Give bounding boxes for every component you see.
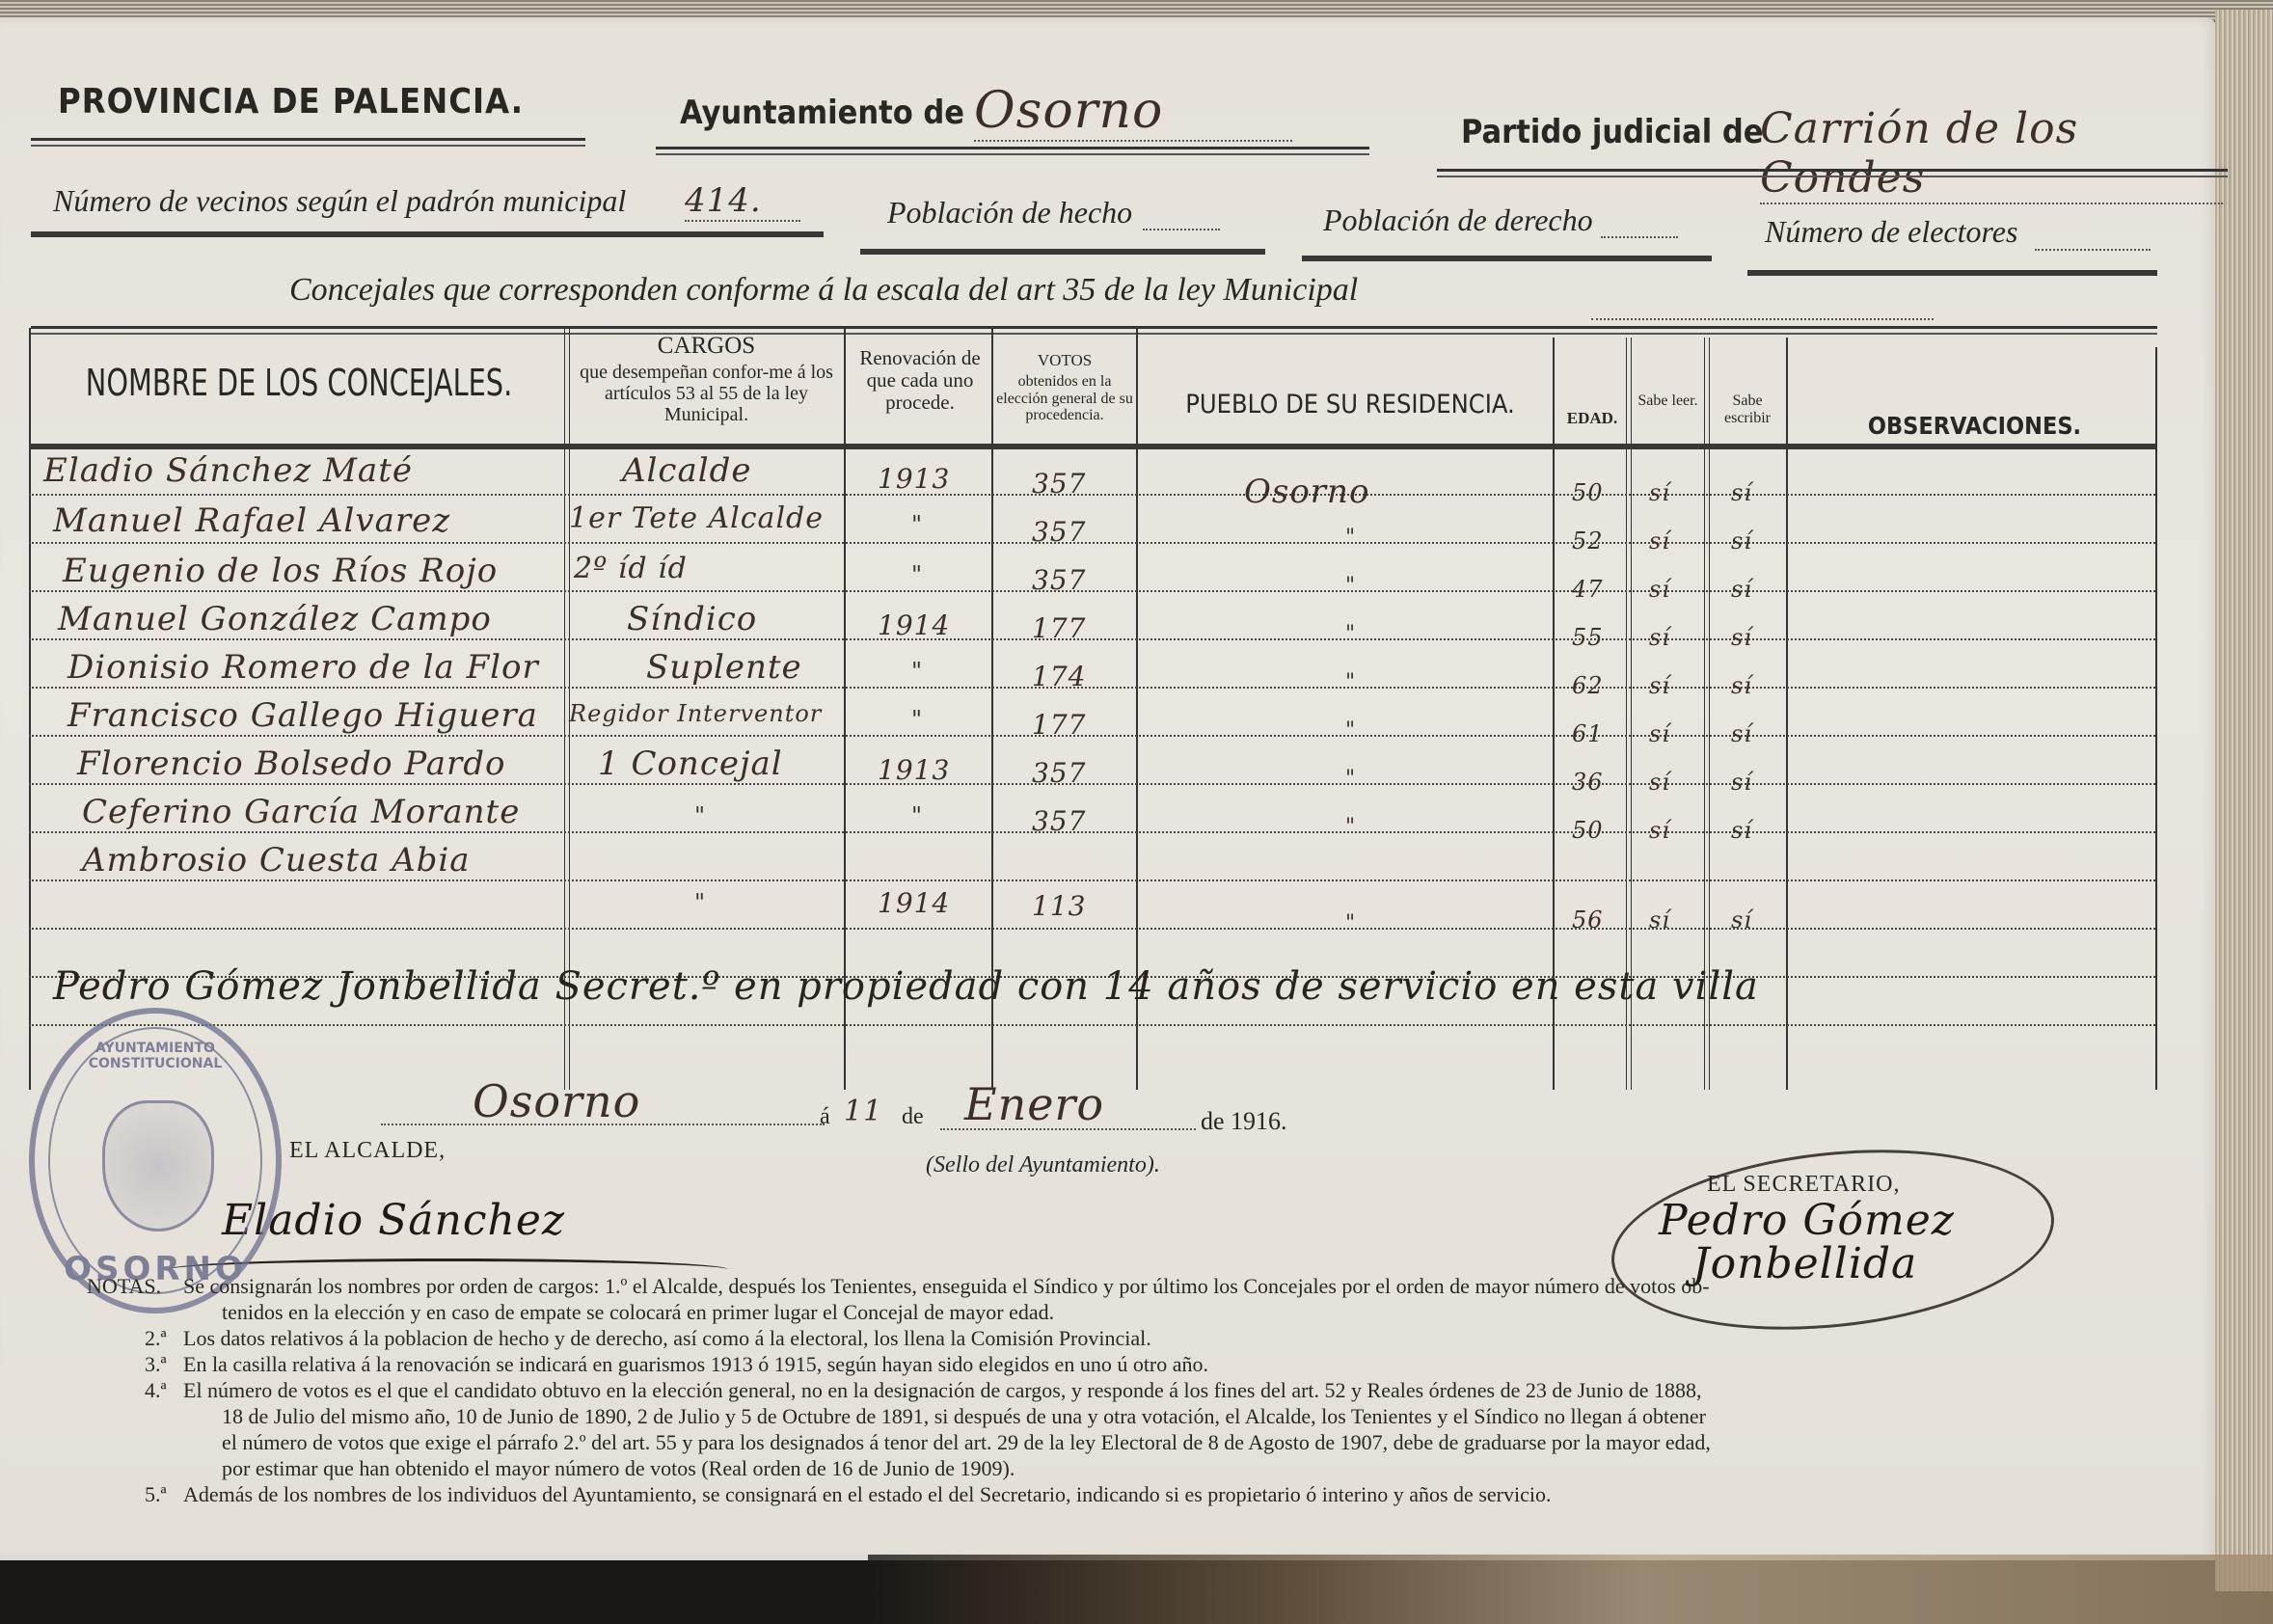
row-escribir: sí — [1731, 576, 1752, 603]
row-nombre: Ceferino García Morante — [82, 793, 520, 831]
secretary-note: Pedro Gómez Jonbellida Secret.º en propi… — [53, 964, 1759, 1009]
row-cargo: " — [694, 889, 706, 916]
row-escribir: sí — [1731, 672, 1752, 699]
header-votos-title: VOTOS — [993, 352, 1136, 370]
row-edad: 61 — [1572, 720, 1604, 747]
row-nombre: Dionisio Romero de la Flor — [68, 648, 539, 687]
row-divider — [29, 831, 2155, 833]
row-leer: sí — [1649, 720, 1670, 747]
note-item: 3.ªEn la casilla relativa á la renovació… — [145, 1351, 2170, 1377]
row-pueblo: " — [1345, 767, 1356, 791]
note-item: 1.ªSe consignarán los nombres por orden … — [145, 1273, 2170, 1299]
row-edad: 36 — [1572, 769, 1604, 796]
header-pueblo: PUEBLO DE SU RESIDENCIA. — [1148, 391, 1553, 420]
row-votos: 357 — [1032, 468, 1086, 500]
row-nombre: Eugenio de los Ríos Rojo — [63, 552, 498, 590]
row-leer: sí — [1649, 817, 1670, 844]
row-divider — [29, 880, 2155, 881]
header-sabe-leer: Sabe leer. — [1632, 392, 1704, 410]
row-pueblo: " — [1345, 622, 1356, 646]
row-escribir: sí — [1731, 624, 1752, 651]
row-cargo: Alcalde — [622, 451, 752, 490]
row-renovacion: " — [911, 706, 923, 733]
row-divider — [29, 638, 2155, 640]
note-line: por estimar que han obtenido el mayor nú… — [145, 1455, 2170, 1481]
note-line: El número de votos es el que el candidat… — [183, 1378, 1702, 1402]
note-number: 3.ª — [145, 1351, 183, 1377]
row-pueblo: " — [1345, 526, 1356, 550]
row-renovacion: 1914 — [878, 887, 950, 919]
ayuntamiento-label: Ayuntamiento de — [680, 94, 964, 132]
header-renovacion: Renovación de que cada uno procede. — [849, 347, 991, 414]
row-escribir: sí — [1731, 720, 1752, 747]
header-bottom-border — [29, 444, 2155, 449]
row-votos: 177 — [1032, 612, 1086, 644]
row-cargo: 1 Concejal — [598, 744, 783, 783]
province-title: PROVINCIA DE PALENCIA. — [58, 82, 524, 122]
row-divider — [29, 1024, 2155, 1026]
note-line: tenidos en la elección y en caso de empa… — [145, 1299, 2170, 1325]
row-votos: 357 — [1032, 516, 1086, 548]
row-edad: 47 — [1572, 576, 1604, 603]
row-divider — [29, 735, 2155, 737]
header-sabe-escribir: Sabe escribir — [1709, 392, 1786, 426]
header-observaciones: OBSERVACIONES. — [1794, 413, 2155, 440]
poblacion-hecho-label: Población de hecho — [887, 195, 1132, 230]
concejales-heading: Concejales que corresponden conforme á l… — [289, 272, 1358, 309]
row-edad: 52 — [1572, 528, 1604, 555]
poblacion-derecho-value — [1601, 207, 1678, 238]
row-renovacion: 1913 — [878, 463, 950, 495]
date-day: 11 — [844, 1095, 882, 1128]
note-line: En la casilla relativa á la renovación s… — [183, 1352, 1208, 1376]
row-edad: 55 — [1572, 624, 1604, 651]
row-escribir: sí — [1731, 528, 1752, 555]
divider — [1437, 169, 2228, 177]
row-escribir: sí — [1731, 817, 1752, 844]
electores-value — [2035, 220, 2151, 251]
row-leer: sí — [1649, 672, 1670, 699]
row-leer: sí — [1649, 624, 1670, 651]
notes-section: NOTAS. 1.ªSe consignarán los nombres por… — [145, 1273, 2170, 1507]
row-nombre: Manuel González Campo — [58, 600, 492, 638]
note-line: el número de votos que exige el párrafo … — [145, 1429, 2170, 1455]
row-pueblo: " — [1345, 718, 1356, 743]
row-escribir: sí — [1731, 907, 1752, 934]
book-page-edge — [2215, 10, 2273, 1591]
row-edad: 50 — [1572, 817, 1604, 844]
row-renovacion: " — [911, 561, 923, 588]
row-cargo: Regidor Interventor — [569, 700, 822, 727]
row-pueblo: " — [1345, 574, 1356, 598]
row-divider — [29, 494, 2155, 496]
note-number: 2.ª — [145, 1325, 183, 1351]
row-votos: 357 — [1032, 805, 1086, 837]
divider — [860, 249, 1265, 255]
secretario-signature-1: Pedro Gómez — [1659, 1196, 1955, 1245]
row-divider — [29, 928, 2155, 930]
row-pueblo: " — [1345, 815, 1356, 839]
row-leer: sí — [1649, 479, 1670, 506]
row-pueblo: " — [1345, 670, 1356, 694]
date-de-label: de — [902, 1104, 924, 1130]
date-year: de 1916. — [1201, 1107, 1287, 1136]
row-leer: sí — [1649, 576, 1670, 603]
row-divider — [29, 590, 2155, 592]
divider — [656, 147, 1369, 155]
note-line: Además de los nombres de los individuos … — [183, 1482, 1551, 1506]
book-bottom-edge — [868, 1555, 2273, 1624]
note-line: Se consignarán los nombres por orden de … — [183, 1274, 1710, 1298]
row-votos: 177 — [1032, 709, 1086, 741]
note-item: 4.ªEl número de votos es el que el candi… — [145, 1377, 2170, 1403]
row-divider — [29, 687, 2155, 689]
poblacion-hecho-value — [1143, 198, 1220, 230]
note-number: 4.ª — [145, 1377, 183, 1403]
poblacion-derecho-label: Población de derecho — [1323, 203, 1593, 238]
notes-label: NOTAS. — [87, 1273, 161, 1299]
coat-of-arms-icon — [102, 1100, 214, 1232]
row-cargo: Síndico — [627, 600, 757, 638]
date-month: Enero — [964, 1078, 1104, 1130]
date-place: Osorno — [473, 1075, 640, 1127]
header-edad: EDAD. — [1557, 410, 1627, 428]
row-nombre: Manuel Rafael Alvarez — [53, 501, 450, 540]
row-votos: 357 — [1032, 564, 1086, 596]
row-votos: 357 — [1032, 757, 1086, 789]
row-nombre: Francisco Gallego Higuera — [68, 696, 538, 735]
note-line: 18 de Julio del mismo año, 10 de Junio d… — [145, 1403, 2170, 1429]
partido-label: Partido judicial de — [1461, 113, 1764, 151]
note-item: 5.ªAdemás de los nombres de los individu… — [145, 1481, 2170, 1507]
row-divider — [29, 783, 2155, 785]
row-edad: 50 — [1572, 479, 1604, 506]
row-divider — [29, 542, 2155, 544]
vecinos-label: Número de vecinos según el padrón munici… — [53, 183, 626, 219]
row-votos: 174 — [1032, 661, 1086, 692]
row-nombre: Florencio Bolsedo Pardo — [77, 744, 505, 783]
row-escribir: sí — [1731, 769, 1752, 796]
divider — [31, 231, 824, 237]
row-renovacion: 1913 — [878, 754, 950, 786]
row-cargo: 2º íd íd — [574, 552, 688, 585]
dotted-fill — [1591, 318, 1934, 320]
row-nombre: Eladio Sánchez Maté — [43, 451, 413, 490]
row-edad: 62 — [1572, 672, 1604, 699]
row-pueblo: " — [1345, 911, 1356, 935]
column-divider — [2155, 347, 2157, 1090]
header-nombre: NOMBRE DE LOS CONCEJALES. — [48, 363, 550, 403]
row-leer: sí — [1649, 907, 1670, 934]
electores-label: Número de electores — [1765, 214, 2017, 250]
row-cargo: " — [694, 802, 706, 829]
header-votos-sub: obtenidos en la elección general de su p… — [993, 373, 1136, 424]
date-a-label: á — [820, 1104, 830, 1130]
row-renovacion: " — [911, 511, 923, 538]
row-leer: sí — [1649, 528, 1670, 555]
divider — [1302, 256, 1712, 261]
row-leer: sí — [1649, 769, 1670, 796]
concejales-table: NOMBRE DE LOS CONCEJALES. CARGOS que des… — [29, 328, 2160, 1090]
row-edad: 56 — [1572, 907, 1604, 934]
row-renovacion: 1914 — [878, 609, 950, 641]
row-cargo: Suplente — [646, 648, 802, 687]
municipal-seal-stamp: AYUNTAMIENTO CONSTITUCIONAL OSORNO — [29, 1008, 282, 1313]
row-votos: 113 — [1032, 890, 1086, 922]
header-cargos-sub: que desempeñan confor-me á los artículos… — [569, 362, 844, 425]
note-line: Los datos relativos á la poblacion de he… — [183, 1326, 1151, 1350]
row-renovacion: " — [911, 802, 923, 829]
divider — [31, 138, 585, 147]
partido-value: Carrión de los Condes — [1760, 104, 2223, 204]
header-cargos-title: CARGOS — [569, 333, 844, 360]
note-number: 5.ª — [145, 1481, 183, 1507]
row-pueblo: Osorno — [1244, 473, 1369, 511]
vecinos-value: 414. — [685, 181, 800, 222]
note-item: 2.ªLos datos relativos á la poblacion de… — [145, 1325, 2170, 1351]
divider — [1747, 270, 2157, 276]
sello-label: (Sello del Ayuntamiento). — [926, 1152, 1160, 1178]
row-renovacion: " — [911, 658, 923, 685]
row-cargo: 1er Tete Alcalde — [569, 501, 824, 535]
alcalde-label: EL ALCALDE, — [289, 1138, 446, 1164]
row-nombre: Ambrosio Cuesta Abia — [82, 841, 471, 880]
ayuntamiento-value: Osorno — [974, 82, 1292, 142]
stamp-text-top: AYUNTAMIENTO CONSTITUCIONAL — [35, 1041, 276, 1071]
row-escribir: sí — [1731, 479, 1752, 506]
